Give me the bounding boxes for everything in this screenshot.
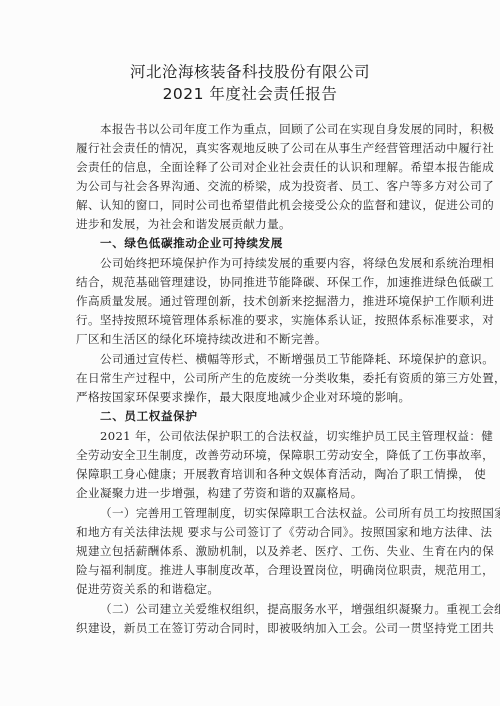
paragraph-line: 厂区和生活区的绿化环境持续改进和不断完善。 <box>76 332 436 346</box>
paragraph-line: 进步和发展，为社会和谐发展贡献力量。 <box>76 217 436 231</box>
paragraph-line: 促进劳资关系的和谐稳定。 <box>76 582 436 596</box>
paragraph-line: 公司通过宣传栏、横幅等形式，不断增强员工节能降耗、环境保护的意识。 <box>100 352 460 366</box>
report-title: 2021 年度社会责任报告 <box>0 82 500 104</box>
paragraph-line: 本报告书以公司年度工作为重点，回顾了公司在实现自身发展的同时，积极 <box>100 122 460 136</box>
paragraph-line: （一）完善用工管理制度，切实保障职工合法权益。公司所有员工均按照国家 <box>100 506 460 520</box>
paragraph-line: 和地方有关法律法规 要求与公司签订了《劳动合同》。按照国家和地方法律、法 <box>76 525 436 539</box>
paragraph-line: 公司始终把环境保护作为可持续发展的重要内容，将绿色发展和系统治理相 <box>100 256 460 270</box>
paragraph-line: 行。坚持按照环境管理体系标准的要求，实施体系认证，按照体系标准要求，对 <box>76 313 436 327</box>
paragraph-line: 严格按国家环保要求操作，最大限度地减少企业对环境的影响。 <box>76 390 436 404</box>
paragraph-line: 作高质量发展。通过管理创新，技术创新来挖掘潜力，推进环境保护工作顺利进 <box>76 294 436 308</box>
paragraph-line: 保障职工身心健康；开展教育培训和各种文娱体育活动，陶冶了职工情操， 使 <box>76 467 436 481</box>
company-title: 河北沧海核装备科技股份有限公司 <box>0 60 500 82</box>
paragraph-line: （二）公司建立关爱维权组织，提高服务水平，增强组织凝聚力。重视工会组 <box>100 602 460 616</box>
paragraph-line: 在日常生产过程中，公司所产生的危废统一分类收集，委托有资质的第三方处置， <box>76 371 436 385</box>
section-heading-1: 一、绿色低碳推动企业可持续发展 <box>100 236 460 250</box>
section-heading-2: 二、员工权益保护 <box>100 409 460 423</box>
paragraph-line: 解、认知的窗口，同时公司也希望借此机会接受公众的监督和建议，促进公司的 <box>76 198 436 212</box>
paragraph-line: 会责任的信息，全面诠释了公司对企业社会责任的认识和理解。希望本报告能成 <box>76 160 436 174</box>
paragraph-line: 为公司与社会各界沟通、交流的桥梁，成为投资者、员工、客户等多方对公司了 <box>76 179 436 193</box>
paragraph-line: 规建立包括薪酬体系、激励机制，以及养老、医疗、工伤、失业、生育在内的保 <box>76 544 436 558</box>
paragraph-line: 企业凝聚力进一步增强，构建了劳资和谐的双赢格局。 <box>76 486 436 500</box>
paragraph-line: 险与福利制度。推进人事制度改革，合理设置岗位，明确岗位职责，规范用工， <box>76 563 436 577</box>
paragraph-line: 履行社会责任的情况，真实客观地反映了公司在从事生产经营管理活动中履行社 <box>76 141 436 155</box>
document-page: 河北沧海核装备科技股份有限公司 2021 年度社会责任报告 本报告书以公司年度工… <box>0 0 500 706</box>
paragraph-line: 2021 年，公司依法保护职工的合法权益，切实维护员工民主管理权益：健 <box>100 429 460 443</box>
paragraph-line: 织建设，新员工在签订劳动合同时，即被吸纳加入工会。公司一贯坚持党工团共 <box>76 621 436 635</box>
paragraph-line: 全劳动安全卫生制度，改善劳动环境，保障职工劳动安全，降低了工伤事故率， <box>76 448 436 462</box>
paragraph-line: 结合，规范基础管理建设，协同推进节能降碳、环保工作，加速推进绿色低碳工 <box>76 275 436 289</box>
